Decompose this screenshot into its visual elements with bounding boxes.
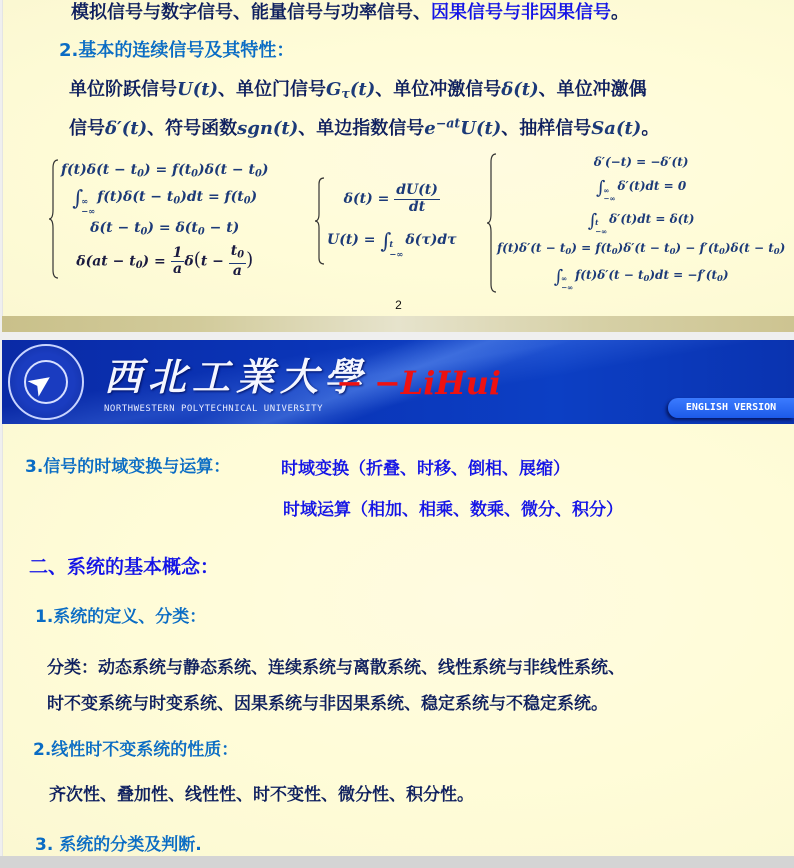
author-name: − −LiHui: [336, 364, 501, 402]
equation: δ′(−t) = −δ′(t): [594, 153, 689, 171]
equation: f(t)δ′(t − t0) = f(t0)δ′(t − t0) − f′(t0…: [497, 239, 785, 260]
signals-line-1: 单位阶跃信号U(t)、单位门信号Gτ(t)、单位冲激信号δ(t)、单位冲激偶: [69, 75, 647, 101]
english-version-button[interactable]: ENGLISH VERSION: [668, 398, 794, 418]
equation: δ(at − t0) = 1aδ(t − t0a): [76, 244, 253, 279]
heading-basic-signals: 2.基本的连续信号及其特性：: [59, 36, 294, 62]
bottom-gray-bar: [0, 856, 794, 868]
university-name-en: NORTHWESTERN POLYTECHNICAL UNIVERSITY: [104, 404, 323, 414]
equation: δ(t) = dU(t)dt: [344, 183, 440, 215]
math-step: U(t): [177, 79, 218, 100]
lti-properties-list: 齐次性、叠加性、线性性、时不变性、微分性、积分性。: [49, 780, 474, 805]
text: 、单位门信号: [218, 79, 326, 100]
left-brace-icon: [315, 176, 325, 266]
equation: ∫∞−∞f(t)δ′(t − t0)dt = −f′(t0): [554, 263, 729, 292]
text: 、符号函数: [147, 118, 237, 139]
math-exp: e−atU(t): [424, 118, 501, 139]
classification-line-2: 时不变系统与时变系统、因果系统与非因果系统、稳定系统与不稳定系统。: [47, 689, 608, 714]
university-name-cn: 西北工業大學: [104, 346, 368, 401]
slide-page-2: 模拟信号与数字信号、能量信号与功率信号、因果信号与非因果信号。 2.基本的连续信…: [2, 0, 794, 316]
math-sgn: sgn(t): [237, 118, 298, 139]
highlight-text: 因果信号与非因果信号: [431, 2, 611, 23]
equation: ∫∞−∞δ′(t)dt = 0: [596, 174, 686, 203]
text: 。: [641, 118, 659, 139]
text: 、单位冲激偶: [539, 79, 647, 100]
text: 、抽样信号: [501, 118, 591, 139]
heading-time-domain: 3.信号的时域变换与运算：: [25, 452, 230, 477]
university-logo: ➤: [8, 344, 84, 420]
text: 信号: [69, 118, 105, 139]
section-system-concepts: 二、系统的基本概念：: [29, 552, 219, 579]
equation: δ(t − t0) = δ(t0 − t): [90, 217, 239, 243]
text: 模拟信号与数字信号、能量信号与功率信号、: [71, 2, 431, 23]
heading-system-classification: 3. 系统的分类及判断.: [35, 830, 202, 855]
math-doublet: δ′(t): [105, 118, 147, 139]
equation: f(t)δ(t − t0) = f(t0)δ(t − t0): [61, 159, 268, 185]
signal-classification-line: 模拟信号与数字信号、能量信号与功率信号、因果信号与非因果信号。: [71, 0, 629, 24]
university-header-banner: ➤ 西北工業大學 NORTHWESTERN POLYTECHNICAL UNIV…: [2, 340, 794, 424]
heading-lti-properties: 2.线性时不变系统的性质：: [33, 735, 238, 760]
text: 。: [611, 2, 629, 23]
equation: ∫∞−∞f(t)δ(t − t0)dt = f(t0): [72, 186, 257, 216]
text: 单位阶跃信号: [69, 79, 177, 100]
page-number: 2: [3, 298, 794, 312]
equation: ∫t−∞δ′(t)dt = δ(t): [588, 207, 695, 236]
left-brace-icon: [49, 158, 59, 280]
equations-step-impulse: δ(t) = dU(t)dt U(t) = ∫t−∞δ(τ)dτ: [315, 176, 457, 266]
slide-divider-band: [2, 316, 794, 332]
heading-system-definition: 1.系统的定义、分类：: [35, 602, 206, 627]
equation: U(t) = ∫t−∞δ(τ)dτ: [327, 229, 457, 259]
signals-line-2: 信号δ′(t)、符号函数sgn(t)、单边指数信号e−atU(t)、抽样信号Sa…: [69, 114, 659, 140]
math-gate: Gτ(t): [326, 79, 375, 100]
classification-line-1: 分类：动态系统与静态系统、连续系统与离散系统、线性系统与非线性系统、: [47, 653, 625, 678]
text: 、单位冲激信号: [375, 79, 501, 100]
math-impulse: δ(t): [501, 79, 538, 100]
time-domain-operation: 时域运算（相加、相乘、数乘、微分、积分）: [283, 495, 623, 520]
equations-doublet-properties: δ′(−t) = −δ′(t) ∫∞−∞δ′(t)dt = 0 ∫t−∞δ′(t…: [487, 152, 785, 294]
text: 、单边指数信号: [298, 118, 424, 139]
time-domain-transform: 时域变换（折叠、时移、倒相、展缩）: [281, 454, 570, 479]
left-brace-icon: [487, 152, 497, 294]
math-sa: Sa(t): [591, 118, 641, 139]
equations-delta-properties: f(t)δ(t − t0) = f(t0)δ(t − t0) ∫∞−∞f(t)δ…: [49, 158, 268, 280]
